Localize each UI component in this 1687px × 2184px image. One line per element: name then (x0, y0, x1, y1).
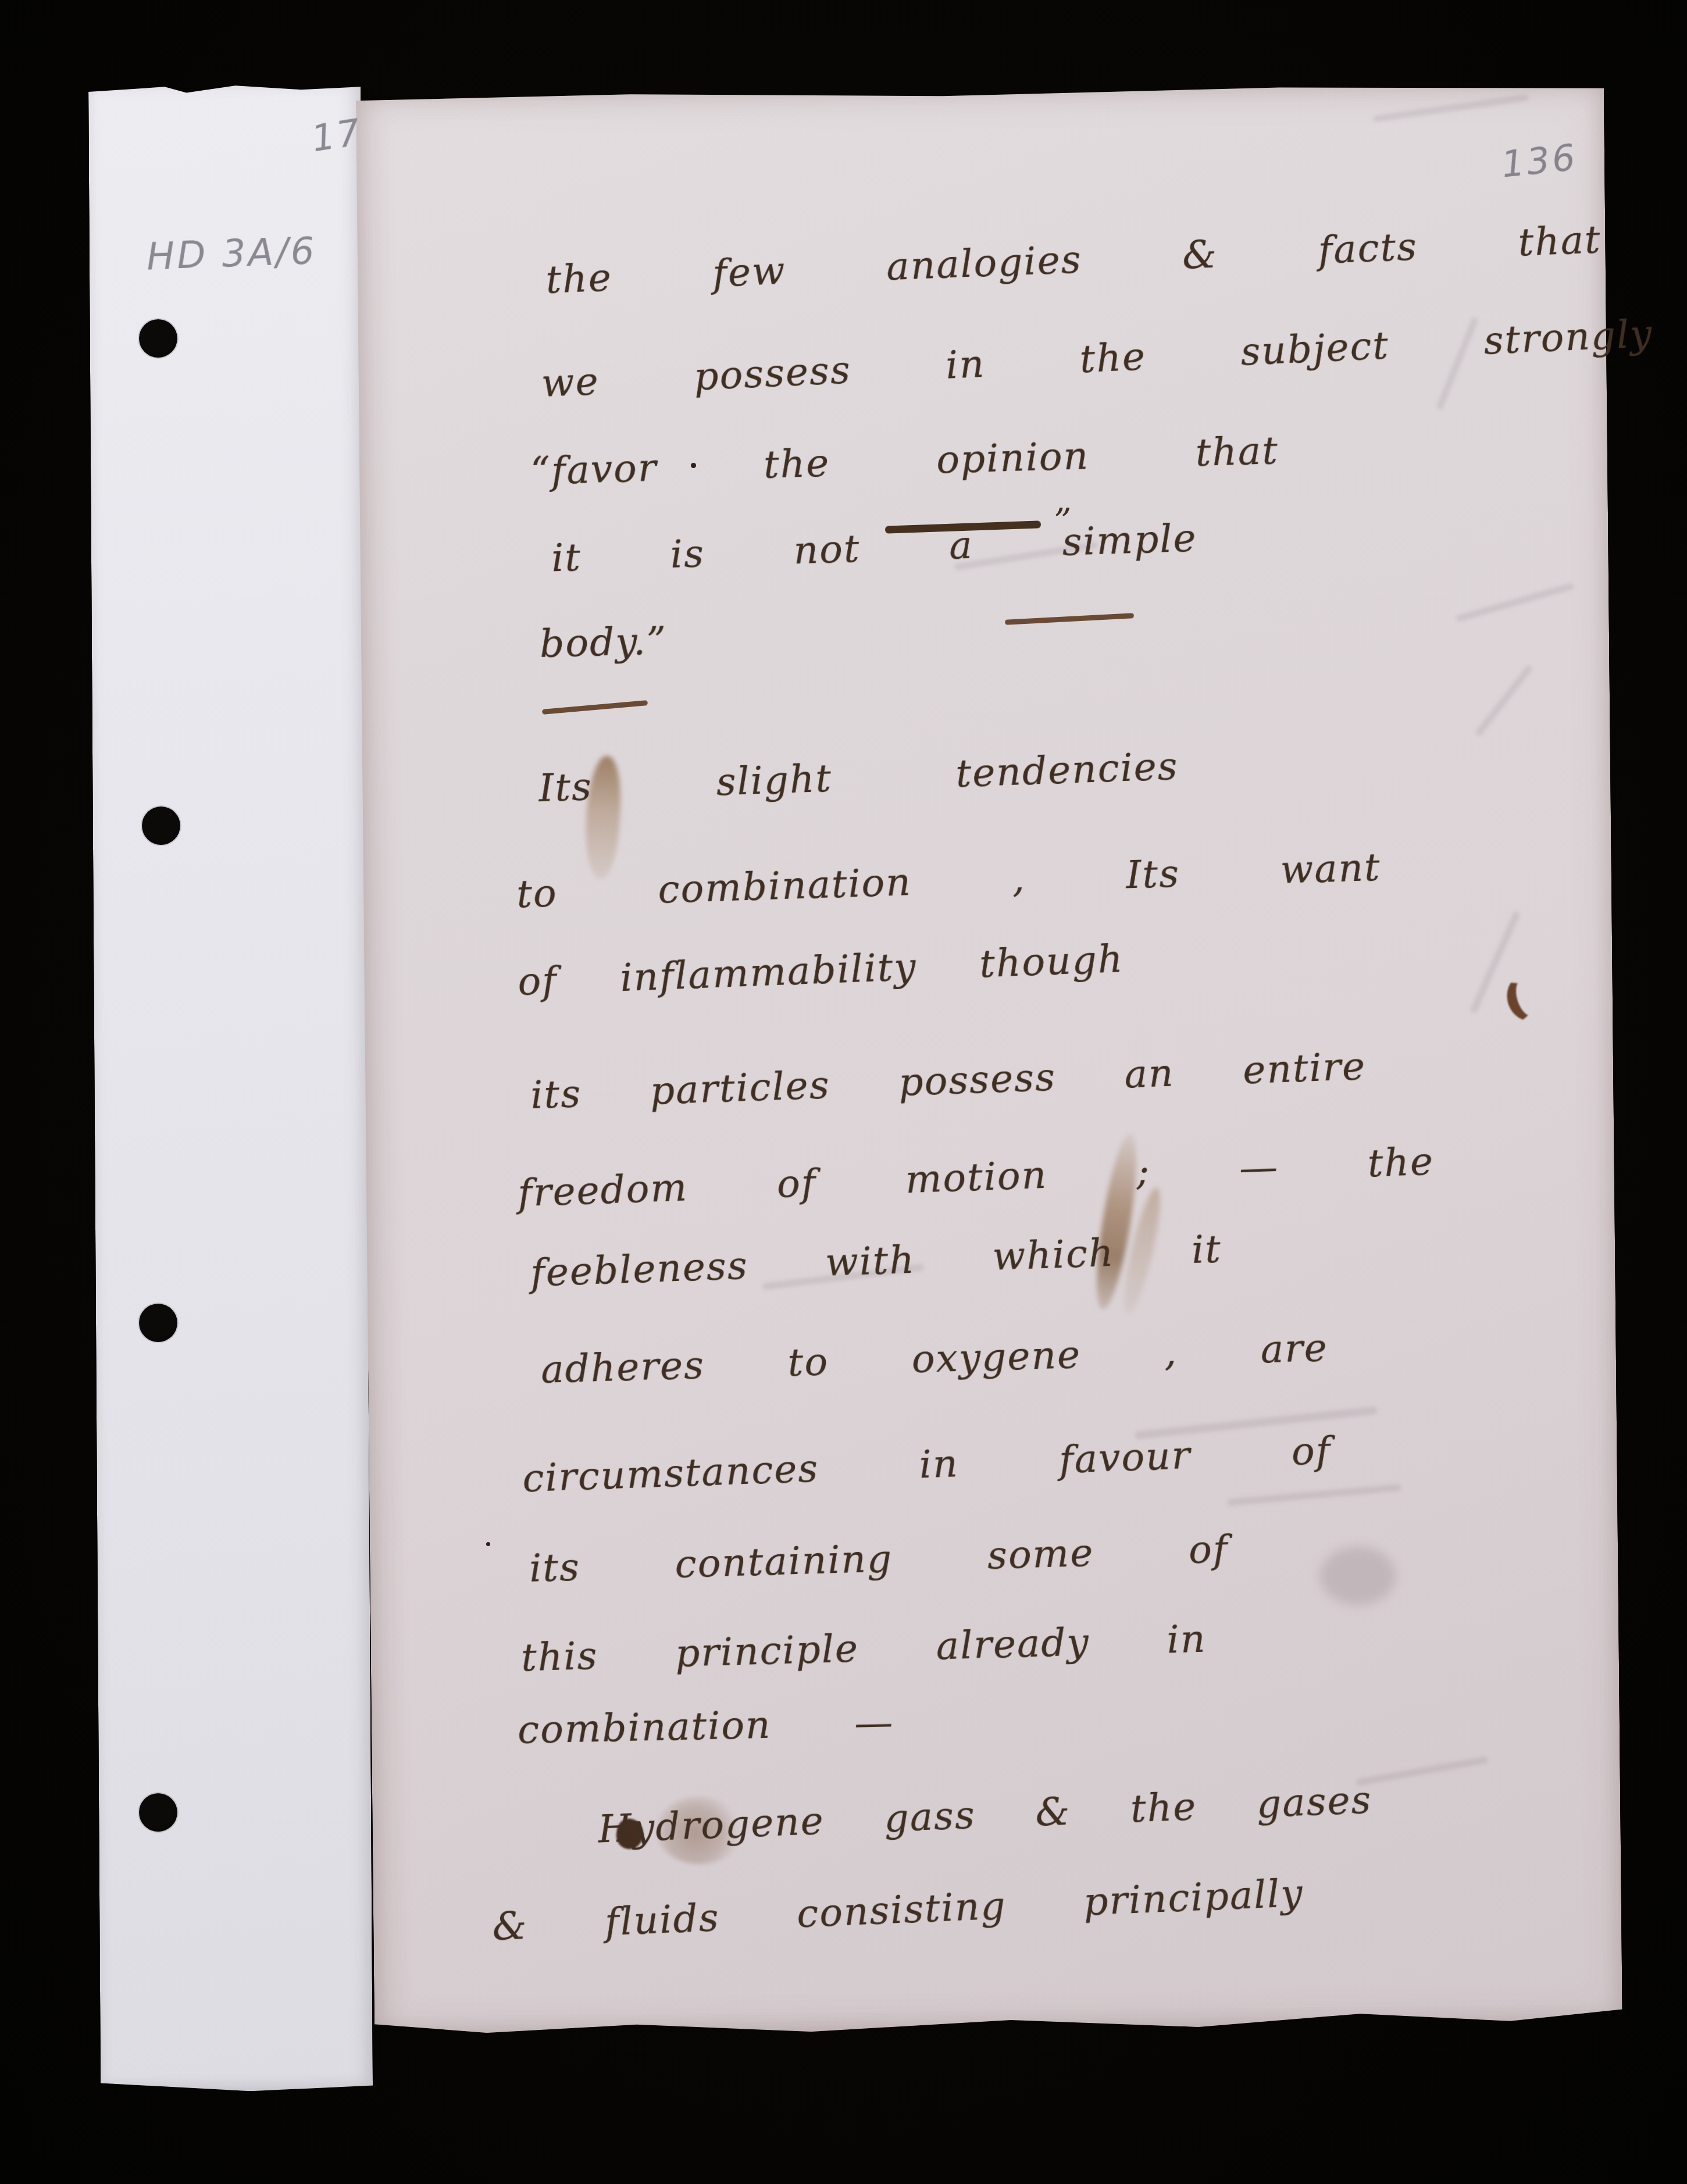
guard-strip (88, 83, 373, 2092)
guard-pencil-number: 17 (309, 110, 365, 160)
folio-number: 136 (1500, 135, 1579, 185)
ink-fleck (486, 1542, 490, 1546)
stray-quote-mark: ” (1054, 501, 1072, 542)
ink-fleck (691, 463, 696, 468)
punch-hole (139, 1304, 177, 1342)
shelfmark-label: HD 3A/6 (146, 230, 318, 279)
manuscript-line: body.” (539, 618, 668, 666)
punch-hole (142, 806, 180, 845)
punch-hole (139, 1793, 177, 1832)
photograph-background: 17 HD 3A/6 136 the few analogies & facts… (0, 0, 1687, 2184)
manuscript-line: combination — (517, 1700, 894, 1753)
punch-hole (139, 319, 177, 358)
